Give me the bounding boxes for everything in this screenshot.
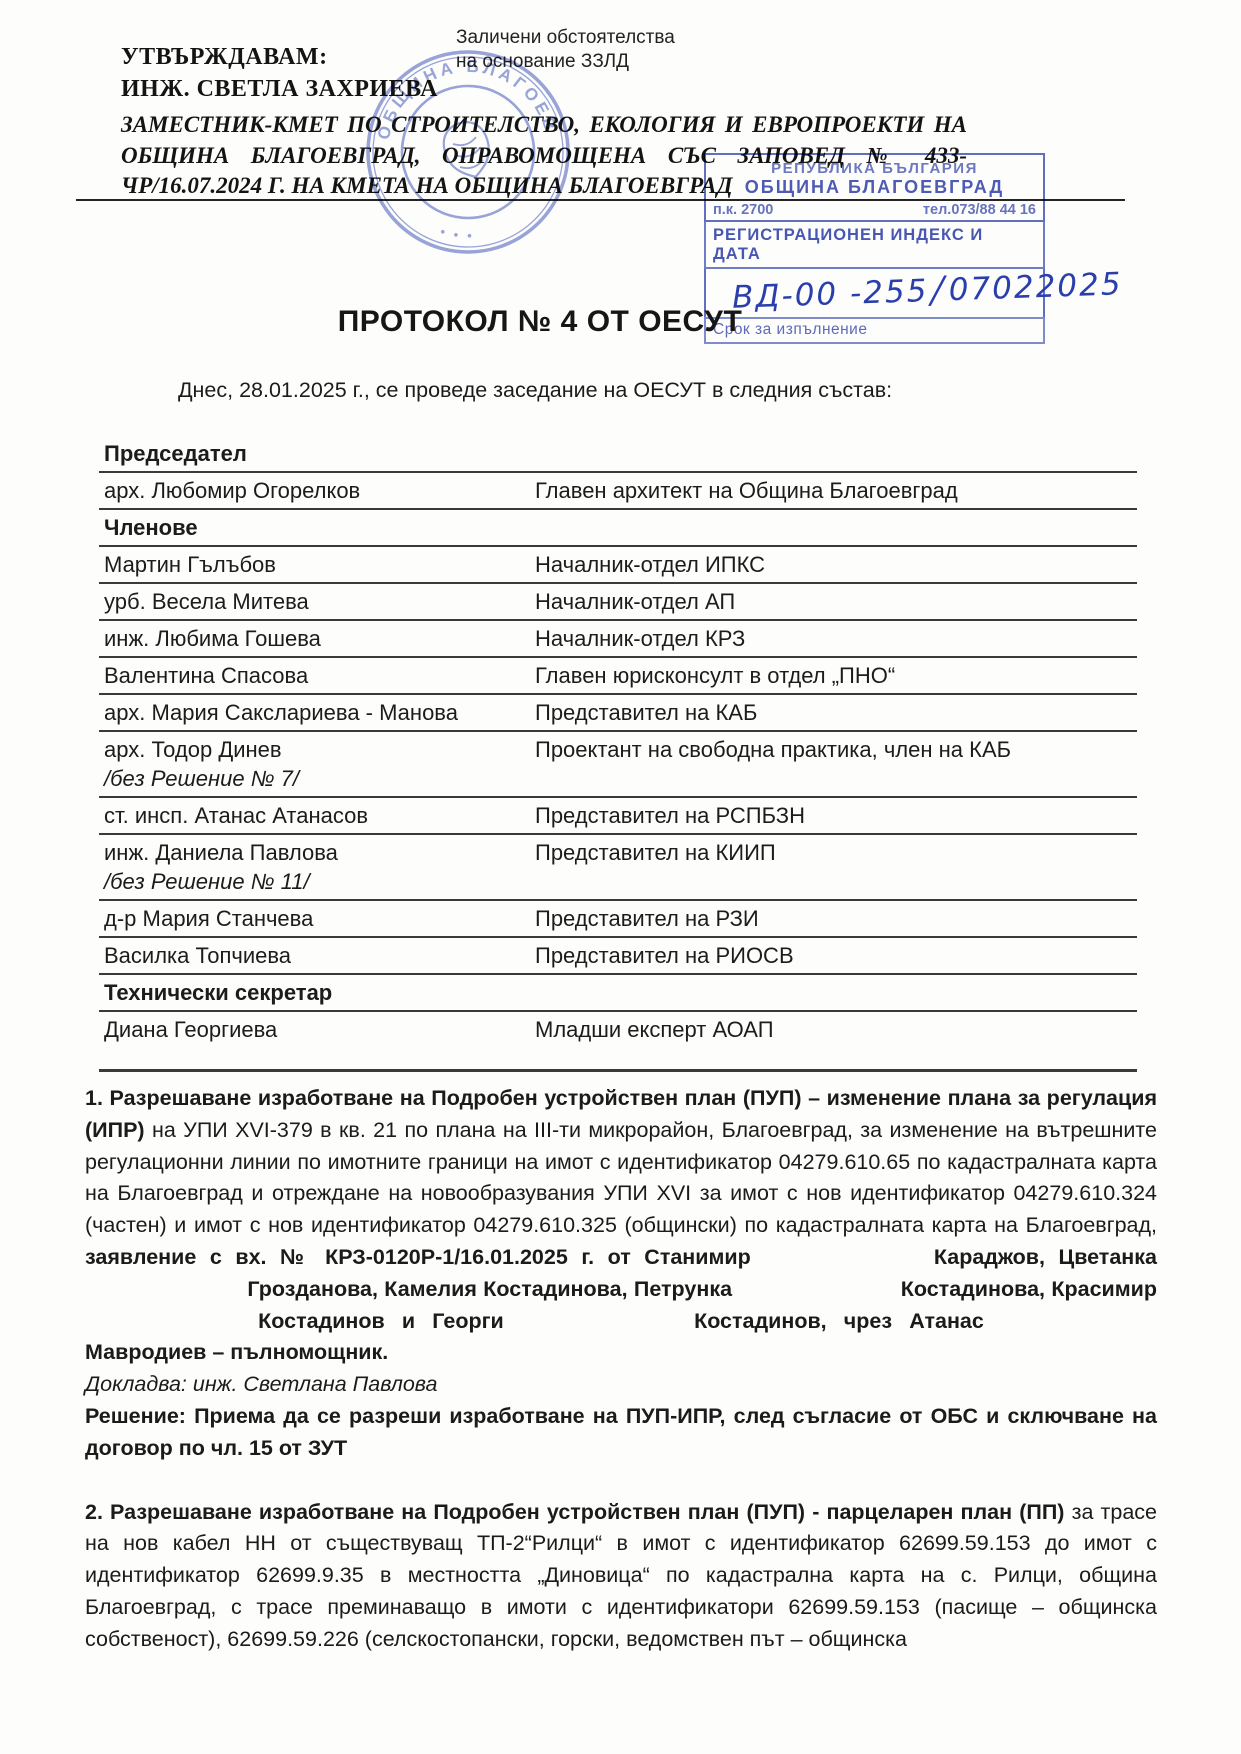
member-role: Главен архитект на Община Благоевград: [535, 478, 1137, 504]
stamp-postal-code: п.к. 2700: [713, 202, 773, 218]
member-role: Началник-отдел КРЗ: [535, 626, 1137, 652]
table-member-row: Василка ТопчиеваПредставител на РИОСВ: [99, 938, 1137, 975]
table-member-row: Диана ГеоргиеваМладши експерт АОАП: [99, 1012, 1137, 1072]
member-role: Представител на РСПБЗН: [535, 803, 1137, 829]
reg-date: 07022025: [948, 266, 1123, 308]
table-member-row: арх. Любомир ОгорелковГлавен архитект на…: [99, 473, 1137, 510]
member-name: инж. Даниела Павлова: [104, 840, 338, 865]
document-title: ПРОТОКОЛ № 4 ОТ ОЕСУТ: [60, 305, 1020, 339]
table-member-row: инж. Любима ГошеваНачалник-отдел КРЗ: [99, 621, 1137, 658]
paragraph: Докладва: инж. Светлана Павлова: [85, 1369, 1157, 1401]
member-role: Началник-отдел АП: [535, 589, 1137, 615]
member-role: Младши експерт АОАП: [535, 1017, 1137, 1043]
paragraph: 1. Разрешаване изработване на Подробен у…: [85, 1083, 1157, 1369]
text-run: Мавродиев – пълномощник.: [85, 1340, 388, 1364]
text-run: Караджов, Цветанка: [920, 1245, 1157, 1269]
member-role: Представител на КАБ: [535, 700, 1137, 726]
member-name: урб. Весела Митева: [104, 589, 309, 614]
stamp-header-box: РЕПУБЛИКА БЪЛГАРИЯ ОБЩИНА БЛАГОЕВГРАД п.…: [704, 153, 1045, 222]
text-run: Решение: Приема да се разреши изработван…: [85, 1404, 1157, 1460]
text-run: на УПИ XVI-379 в кв. 21 по плана на III-…: [85, 1118, 1157, 1237]
text-run: Костадинов и Георги: [241, 1309, 521, 1333]
member-name: инж. Любима Гошева: [104, 626, 321, 651]
table-section-row: Технически секретар: [99, 975, 1137, 1012]
paragraph: 2. Разрешаване изработване на Подробен у…: [85, 1497, 1157, 1656]
text-run: Костадинов, чрез Атанас: [677, 1309, 1001, 1333]
intro-sentence: Днес, 28.01.2025 г., се проведе заседани…: [85, 378, 1157, 403]
member-name: Валентина Спасова: [104, 663, 308, 688]
approver-name: ИНЖ. СВЕТЛА ЗАХРИЕВА: [121, 76, 967, 103]
member-name: д-р Мария Станчева: [104, 906, 313, 931]
text-run: Докладва: инж. Светлана Павлова: [85, 1372, 438, 1396]
text-run: 2. Разрешаване изработване на Подробен у…: [85, 1500, 1072, 1524]
member-name: ст. инсп. Атанас Атанасов: [104, 803, 368, 828]
text-run: Грозданова, Камелия Костадинова, Петрунк…: [241, 1277, 738, 1301]
member-name: арх. Мария Сакслариева - Манова: [104, 700, 458, 725]
section-label: Технически секретар: [99, 980, 535, 1006]
member-name: Василка Топчиева: [104, 943, 291, 968]
section-label: Председател: [99, 441, 535, 467]
table-member-row: урб. Весела МитеваНачалник-отдел АП: [99, 584, 1137, 621]
table-member-row: инж. Даниела Павлова/без Решение № 11/Пр…: [99, 835, 1137, 901]
text-run: Костадинова, Красимир: [894, 1277, 1157, 1301]
member-role: Представител на РЗИ: [535, 906, 1137, 932]
stamp-reg-label: РЕГИСТРАЦИОНЕН ИНДЕКС И ДАТА: [704, 222, 1045, 269]
section-label: Членове: [99, 515, 535, 541]
approve-label: УТВЪРЖДАВАМ:: [121, 44, 967, 71]
svg-text:• • •: • • •: [435, 215, 479, 252]
table-member-row: арх. Мария Сакслариева - МановаПредстави…: [99, 695, 1137, 732]
member-role: Представител на КИИП: [535, 840, 1137, 895]
agenda-items: 1. Разрешаване изработване на Подробен у…: [85, 1083, 1157, 1656]
agenda-item: 1. Разрешаване изработване на Подробен у…: [85, 1083, 1157, 1465]
member-note: /без Решение № 11/: [104, 866, 535, 895]
paragraph: Решение: Приема да се разреши изработван…: [85, 1401, 1157, 1465]
document-page: Заличени обстоятелства на основание ЗЗЛД…: [0, 0, 1241, 1754]
member-note: /без Решение № 7/: [104, 763, 535, 792]
member-role: Представител на РИОСВ: [535, 943, 1137, 969]
member-name: арх. Тодор Динев: [104, 737, 282, 762]
stamp-municipality: ОБЩИНА БЛАГОЕВГРАД: [713, 177, 1036, 198]
member-name: Мартин Гълъбов: [104, 552, 276, 577]
member-role: Проектант на свободна практика, член на …: [535, 737, 1137, 792]
member-role: Главен юрисконсулт в отдел „ПНО“: [535, 663, 1137, 689]
table-member-row: д-р Мария СтанчеваПредставител на РЗИ: [99, 901, 1137, 938]
member-role: Началник-отдел ИПКС: [535, 552, 1137, 578]
table-section-row: Председател: [99, 436, 1137, 473]
text-run: заявление с вх. № КРЗ-0120Р-1/16.01.2025…: [85, 1245, 764, 1269]
stamp-country: РЕПУБЛИКА БЪЛГАРИЯ: [713, 160, 1036, 177]
stamp-phone: тел.073/88 44 16: [923, 202, 1036, 218]
committee-table: Председателарх. Любомир ОгорелковГлавен …: [99, 436, 1137, 1072]
agenda-item: 2. Разрешаване изработване на Подробен у…: [85, 1497, 1157, 1656]
member-name: Диана Георгиева: [104, 1017, 277, 1042]
table-member-row: ст. инсп. Атанас АтанасовПредставител на…: [99, 798, 1137, 835]
table-member-row: арх. Тодор Динев/без Решение № 7/Проекта…: [99, 732, 1137, 798]
table-member-row: Валентина СпасоваГлавен юрисконсулт в от…: [99, 658, 1137, 695]
table-member-row: Мартин ГълъбовНачалник-отдел ИПКС: [99, 547, 1137, 584]
member-name: арх. Любомир Огорелков: [104, 478, 360, 503]
table-section-row: Членове: [99, 510, 1137, 547]
